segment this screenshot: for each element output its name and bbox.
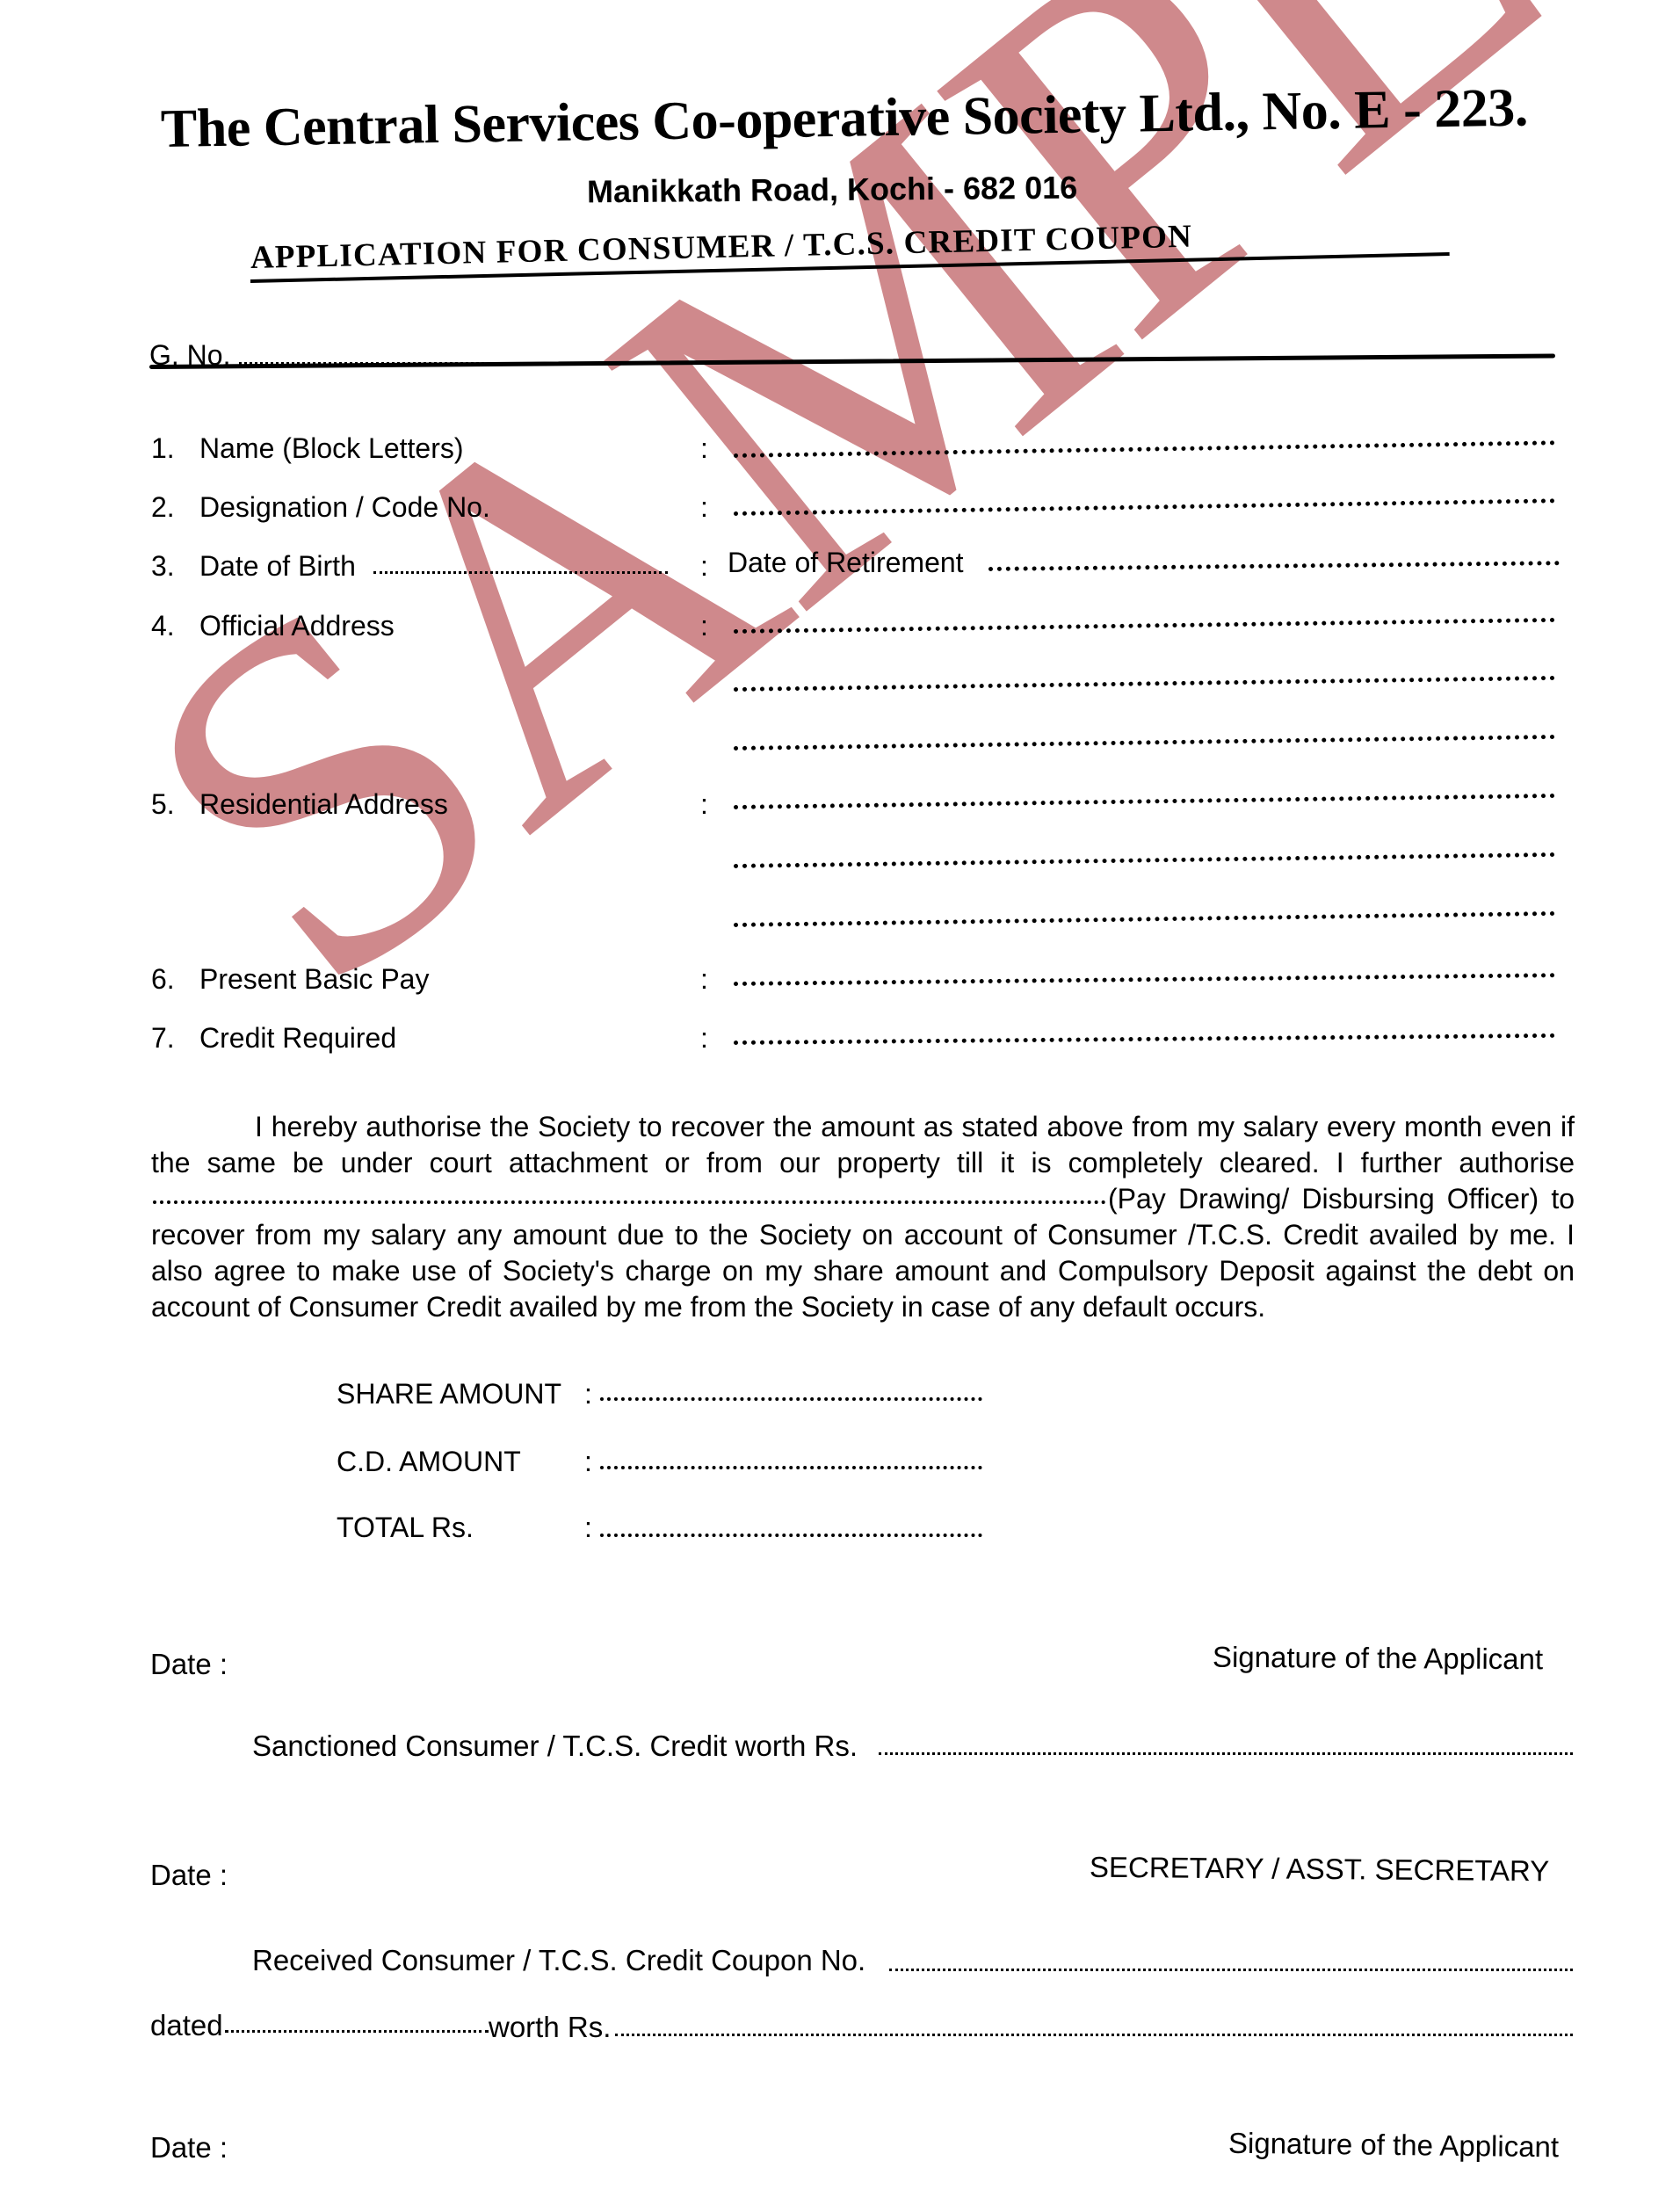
secretary-signature-label: SECRETARY / ASST. SECRETARY [1090,1851,1550,1889]
colon: : [584,1378,592,1410]
worth-amount-field[interactable] [615,2034,1573,2036]
date-label-2: Date : [150,1859,228,1892]
field-residential-address-label: 5.Residential Address [151,788,448,821]
field-label-text: Present Basic Pay [199,963,429,995]
field-label-text: Residential Address [199,788,448,820]
total-field[interactable] [600,1534,982,1537]
authorise-officer-field[interactable] [153,1200,1106,1204]
society-address: Manikkath Road, Kochi - 682 016 [587,170,1078,211]
total-label: TOTAL Rs. [337,1512,474,1544]
field-basic-pay-label: 6.Present Basic Pay [151,963,429,996]
sanctioned-label: Sanctioned Consumer / T.C.S. Credit wort… [252,1730,858,1763]
worth-label: worth Rs. [489,2011,611,2044]
basic-pay-field[interactable] [734,973,1555,986]
residential-address-line-2[interactable] [734,852,1555,868]
field-number: 2. [151,491,199,524]
field-number: 6. [151,963,199,996]
sanctioned-amount-field[interactable] [879,1752,1573,1755]
field-number: 4. [151,610,199,642]
dob-field[interactable] [373,571,668,574]
declaration-text-part1: I hereby authorise the Society to recove… [151,1111,1575,1178]
coupon-number-field[interactable] [889,1969,1573,1971]
received-coupon-label: Received Consumer / T.C.S. Credit Coupon… [252,1944,865,1977]
colon: : [700,963,708,996]
field-label-text: Official Address [199,610,395,642]
colon: : [584,1512,592,1544]
retirement-field[interactable] [988,561,1560,571]
applicant-signature-label-2: Signature of the Applicant [1228,2127,1560,2165]
cd-amount-label: C.D. AMOUNT [337,1446,521,1478]
field-designation-label: 2.Designation / Code No. [151,491,490,524]
date-label-3: Date : [150,2131,228,2165]
field-number: 7. [151,1022,199,1055]
colon: : [700,432,708,465]
name-field[interactable] [734,440,1555,458]
official-address-line-1[interactable] [734,618,1555,634]
field-label-text: Designation / Code No. [199,491,490,523]
colon: : [584,1446,592,1478]
field-label-text: Name (Block Letters) [199,432,464,464]
dated-label: dated [150,2009,223,2042]
date-label-1: Date : [150,1648,228,1681]
field-dob-label: 3.Date of Birth [151,550,356,583]
field-label-text: Date of Birth [199,550,356,582]
residential-address-line-3[interactable] [734,911,1555,927]
colon: : [700,610,708,642]
retirement-label: Date of Retirement [728,547,964,579]
application-form-page: The Central Services Co-operative Societ… [0,0,1680,2190]
applicant-signature-label-1: Signature of the Applicant [1213,1641,1543,1677]
residential-address-line-1[interactable] [734,794,1555,809]
colon: : [700,550,708,583]
field-number: 3. [151,550,199,583]
share-amount-label: SHARE AMOUNT [337,1378,561,1410]
field-label-text: Credit Required [199,1022,396,1054]
colon: : [700,491,708,524]
field-number: 1. [151,432,199,465]
colon: : [700,788,708,821]
designation-field[interactable] [734,498,1555,516]
cd-amount-field[interactable] [600,1466,982,1469]
share-amount-field[interactable] [600,1397,982,1401]
field-official-address-label: 4.Official Address [151,610,395,642]
field-number: 5. [151,788,199,821]
field-credit-required-label: 7.Credit Required [151,1022,396,1055]
declaration-paragraph: I hereby authorise the Society to recove… [151,1109,1575,1325]
field-name-label: 1.Name (Block Letters) [151,432,464,465]
official-address-line-2[interactable] [734,676,1555,692]
dated-field[interactable] [225,2030,489,2033]
sample-watermark: SAMPLE [62,0,1680,1068]
official-address-line-3[interactable] [734,735,1555,751]
colon: : [700,1022,708,1055]
society-title: The Central Services Co-operative Societ… [160,77,1528,161]
credit-required-field[interactable] [734,1033,1555,1045]
